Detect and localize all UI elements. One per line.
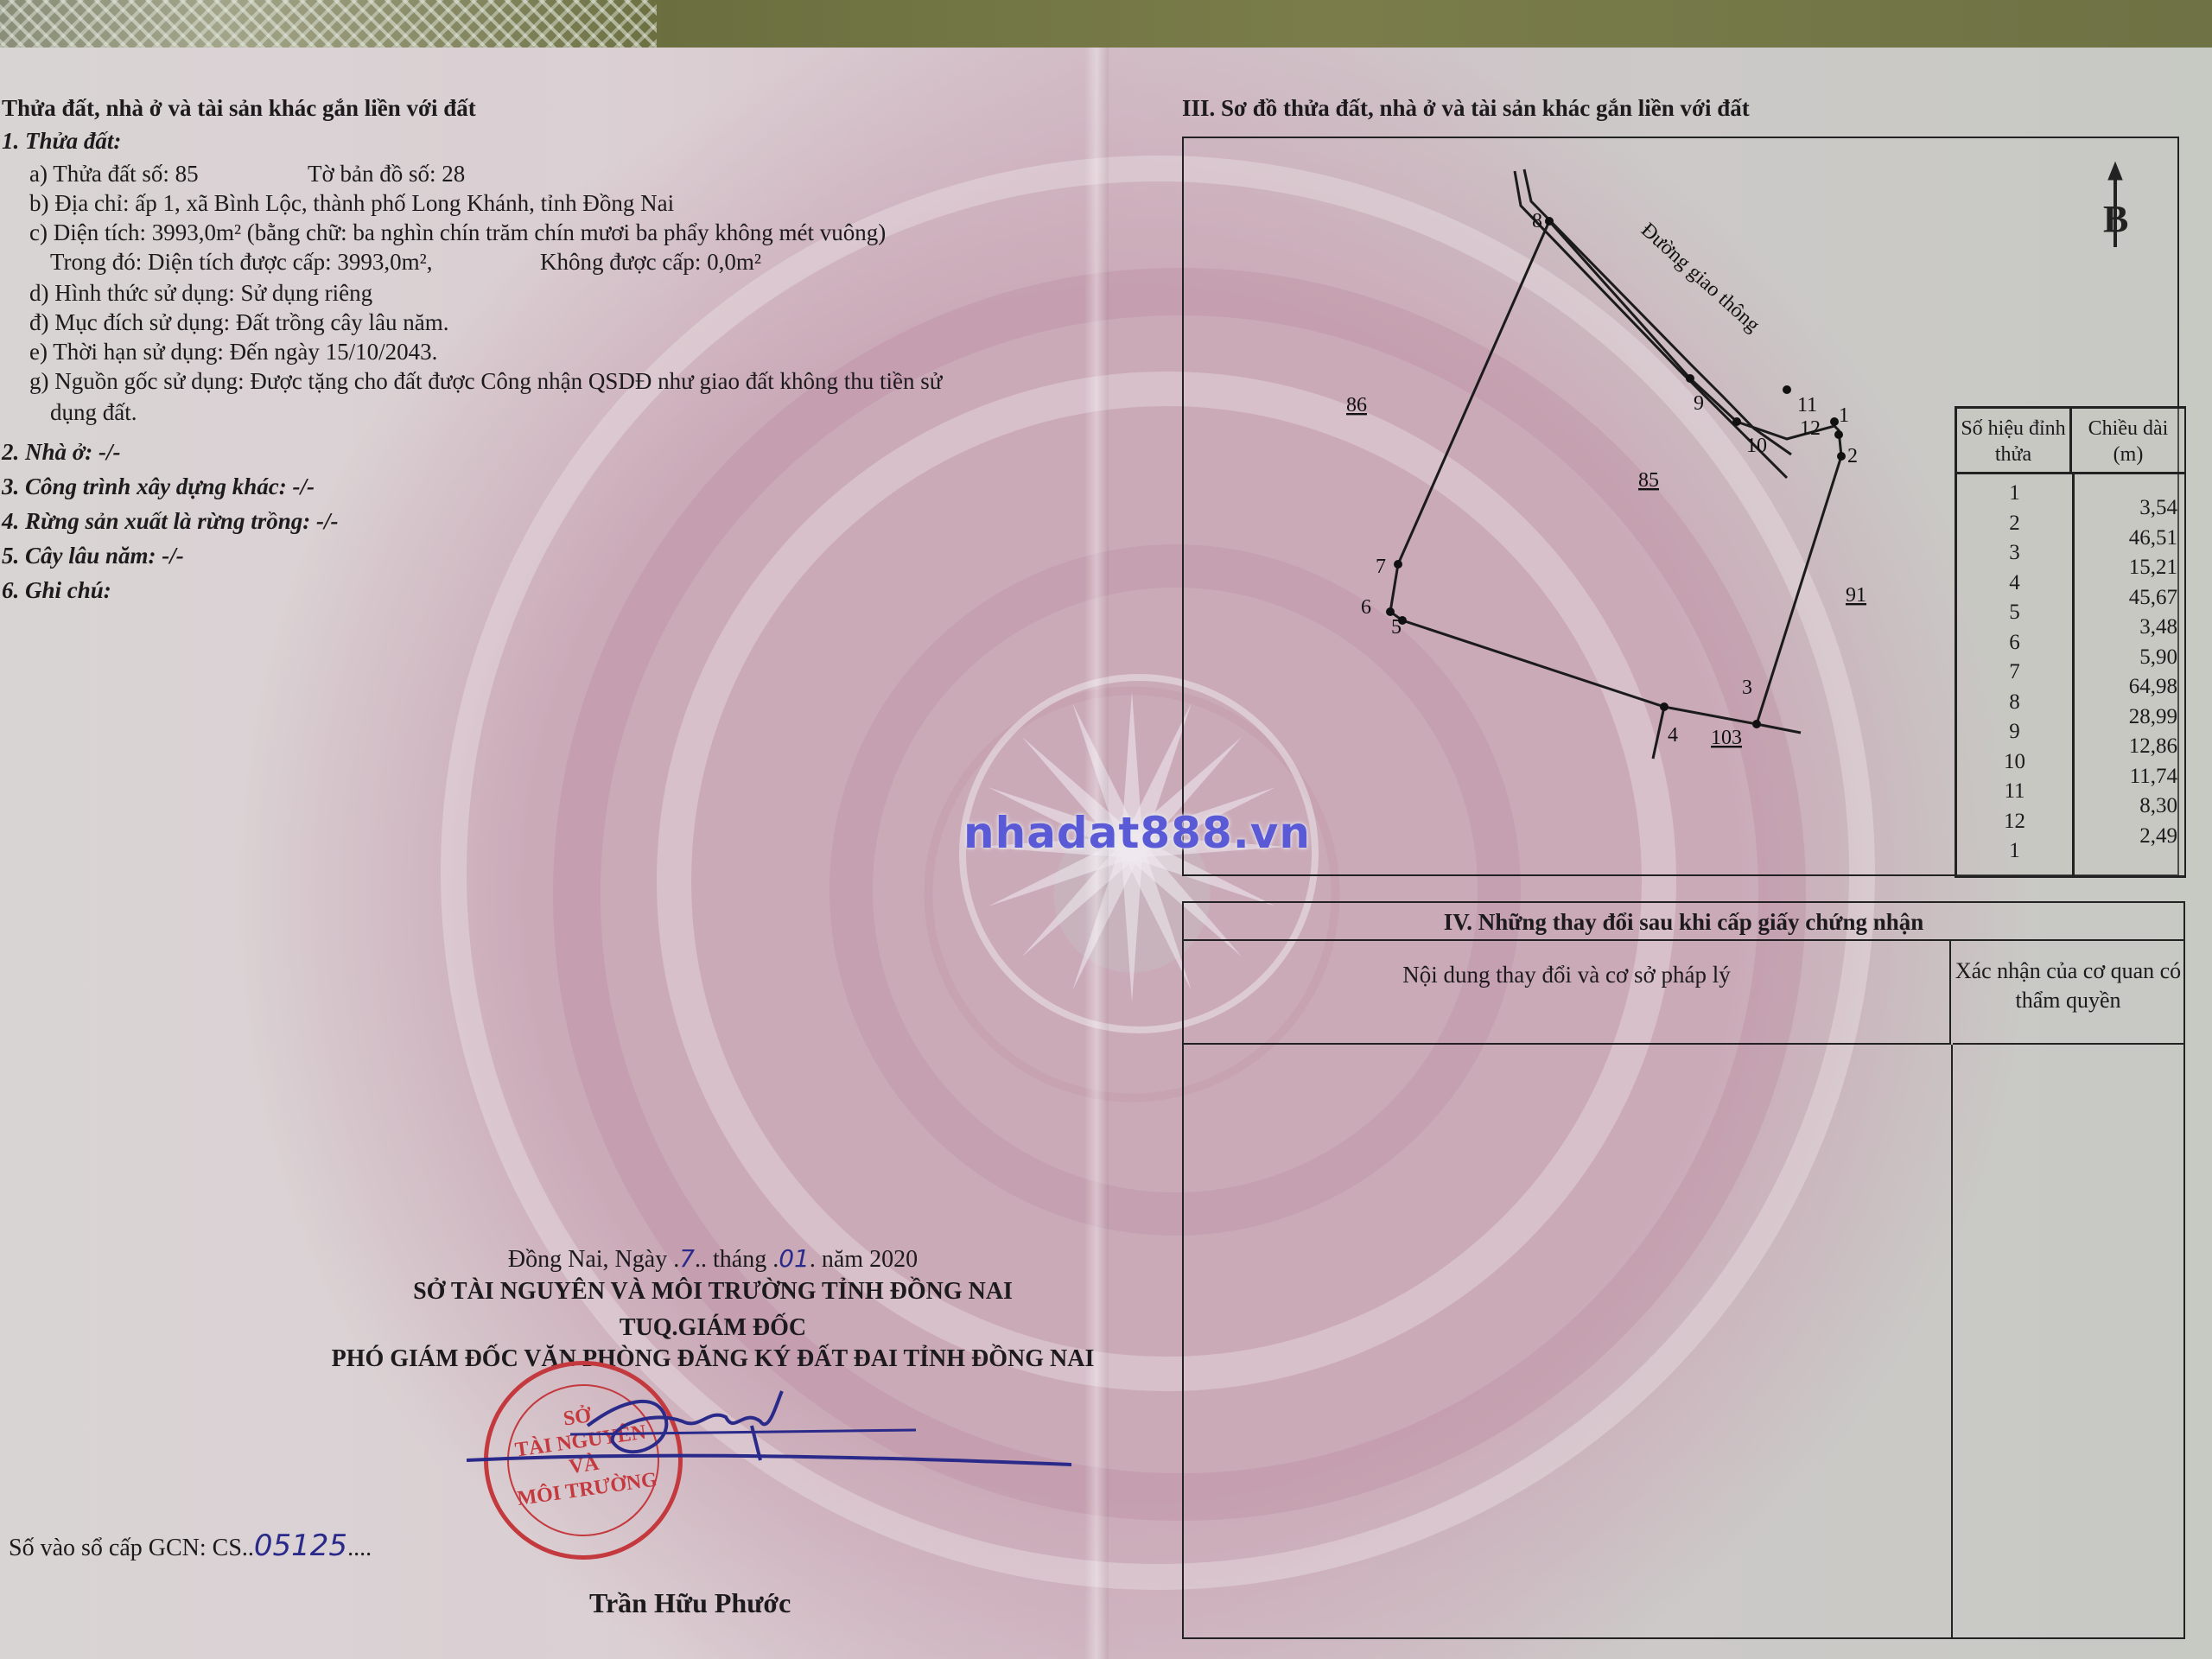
table-vertex: 7 [1957,660,2072,684]
field-usage-form: d) Hình thức sử dụng: Sử dụng riêng [29,278,372,308]
table-vertex: 4 [1957,571,2072,595]
field-area: c) Diện tích: 3993,0m² (bằng chữ: ba ngh… [29,218,886,247]
section2-house: 2. Nhà ở: -/- [2,437,120,467]
field-map-sheet: Tờ bản đồ số: 28 [308,159,465,188]
table-vertex: 1 [1957,839,2072,863]
table-length: 64,98 [2129,675,2177,699]
table-length: 46,51 [2129,526,2177,550]
changes-col-content: Nội dung thay đổi và cơ sở pháp lý [1184,941,1951,1045]
authority-line: TUQ.GIÁM ĐỐC [259,1313,1166,1343]
vertex-label: 10 [1746,435,1767,457]
changes-col-authority: Xác nhận của cơ quan có thẩm quyền [1953,941,2183,1045]
parcel-label: 85 [1638,469,1659,492]
north-arrow-icon: B [2103,162,2128,247]
gcn-label: Số vào sổ cấp GCN: CS [9,1535,242,1561]
table-length: 12,86 [2129,734,2177,759]
date-month: 01 [779,1244,810,1273]
parcel-label: 86 [1346,394,1367,416]
section5-perennial: 5. Cây lâu năm: -/- [2,541,184,570]
vertex-label: 7 [1376,556,1386,578]
left-page-title: Thửa đất, nhà ở và tài sản khác gắn liền… [2,93,476,123]
table-length: 28,99 [2129,705,2177,729]
table-vertex: 5 [1957,601,2072,625]
site-watermark: nhadat888.vn [963,808,1311,858]
section1-heading: 1. Thửa đất: [2,126,121,156]
changes-section: IV. Những thay đổi sau khi cấp giấy chứn… [1182,901,2185,1639]
table-length: 5,90 [2139,645,2177,670]
field-granted-area: Trong đó: Diện tích được cấp: 3993,0m², [50,247,432,276]
vertex-label: 12 [1800,417,1821,440]
field-usage-term: e) Thời hạn sử dụng: Đến ngày 15/10/2043… [29,337,437,366]
vertex-label: 1 [1839,404,1849,427]
date-prefix: Đồng Nai, Ngày [508,1246,667,1273]
table-vertex: 8 [1957,690,2072,715]
position-line: PHÓ GIÁM ĐỐC VĂN PHÒNG ĐĂNG KÝ ĐẤT ĐAI T… [259,1344,1166,1374]
month-label: tháng [713,1246,766,1273]
vertex-label: 9 [1694,392,1704,415]
date-day: 7 [679,1244,695,1273]
table-length: 15,21 [2129,556,2177,580]
table-header-vertex: Số hiệu đỉnh thửa [1957,409,2072,474]
table-length: 3,54 [2139,496,2177,520]
parcel-label: 91 [1846,584,1866,607]
section4-forest: 4. Rừng sản xuất là rừng trồng: -/- [2,506,338,536]
vertex-label: 6 [1361,596,1371,619]
table-vertex: 6 [1957,631,2072,655]
table-vertex: 11 [1957,779,2072,804]
field-not-granted-area: Không được cấp: 0,0m² [540,247,761,276]
north-label: B [2103,198,2128,240]
section3-construction: 3. Công trình xây dựng khác: -/- [2,472,315,501]
table-length: 11,74 [2130,765,2177,789]
section3-title: III. Sơ đồ thửa đất, nhà ở và tài sản kh… [1182,93,1750,123]
signer-name: Trần Hữu Phước [589,1588,791,1618]
vertex-label: 11 [1797,394,1817,416]
table-vertex: 12 [1957,810,2072,834]
table-length: 45,67 [2129,586,2177,610]
table-vertex: 2 [1957,512,2072,536]
vertex-label: 3 [1742,677,1752,699]
table-vertex: 1 [1957,481,2072,505]
vertex-label: 4 [1668,724,1678,747]
table-vertex: 10 [1957,750,2072,774]
section6-notes: 6. Ghi chú: [2,575,111,605]
field-address: b) Địa chỉ: ấp 1, xã Bình Lộc, thành phố… [29,188,674,218]
section4-title: IV. Những thay đổi sau khi cấp giấy chứn… [1184,903,2183,941]
table-length: 3,48 [2139,615,2177,639]
table-length: 8,30 [2139,794,2177,818]
vertex-label: 5 [1391,616,1402,639]
field-usage-origin-cont: dụng đất. [50,397,137,427]
department-line: SỞ TÀI NGUYÊN VÀ MÔI TRƯỜNG TỈNH ĐỒNG NA… [259,1277,1166,1306]
table-length: 2,49 [2139,824,2177,849]
signature-icon [467,1382,1071,1486]
field-usage-purpose: đ) Mục đích sử dụng: Đất trồng cây lâu n… [29,308,449,337]
parcel-label: 103 [1711,727,1742,749]
gcn-register-entry: Số vào sổ cấp GCN: CS..05125.... [9,1531,372,1563]
field-parcel-number: a) Thửa đất số: 85 [29,159,199,188]
vertex-label: 2 [1847,445,1858,467]
table-vertex: 9 [1957,720,2072,744]
vertex-label: 8 [1532,210,1542,232]
road-label: Đường giao thông [1637,219,1764,336]
field-usage-origin: g) Nguồn gốc sử dụng: Được tặng cho đất … [29,366,942,396]
issue-date: Đồng Nai, Ngày .7.. tháng .01. năm 2020 [259,1244,1166,1274]
gcn-number: 05125 [254,1529,347,1563]
edge-length-table: Số hiệu đỉnh thửa Chiều dài (m) 12345678… [1955,406,2186,878]
table-header-length: Chiều dài (m) [2072,409,2184,474]
year-label: năm 2020 [822,1246,918,1273]
table-vertex: 3 [1957,541,2072,565]
